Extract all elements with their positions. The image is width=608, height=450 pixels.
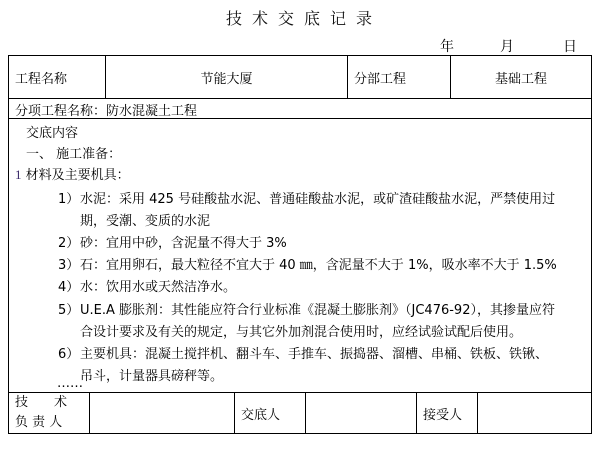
date-year: 年 xyxy=(440,36,454,56)
item-6-line-2: 吊斗，计量器具磅秤等。 xyxy=(80,365,223,384)
subsection-title: 材料及主要机具： xyxy=(26,168,130,183)
tech-lead-label-line2: 负 责 人 xyxy=(15,413,89,433)
subsection-number: 1 xyxy=(15,167,22,182)
item-3-num: 3） xyxy=(58,254,79,273)
item-5-num: 5） xyxy=(58,299,79,318)
tech-lead-label: 技 术 负 责 人 xyxy=(9,393,90,434)
item-4-line-1: 水：饮用水或天然洁净水。 xyxy=(80,276,236,295)
tech-lead-label-line1: 技 术 xyxy=(15,393,89,413)
header-table: 工程名称 节能大厦 分部工程 基础工程 xyxy=(8,55,592,99)
item-6-num: 6） xyxy=(58,343,79,362)
receiver-field[interactable] xyxy=(478,393,592,434)
item-3-line-1: 石：宜用卵石，最大粒径不宜大于 40 ㎜，含泥量不大于 1%，吸水率不大于 1.… xyxy=(80,254,557,273)
content-heading: 交底内容 xyxy=(26,122,78,141)
item-5-line-1: U.E.A 膨胀剂：其性能应符合行业标准《混凝土膨胀剂》（JC476-92），其… xyxy=(80,299,555,318)
ellipsis: …… xyxy=(57,376,83,391)
document-title: 技术交底记录 xyxy=(0,6,608,29)
subitem-label: 分项工程名称： xyxy=(15,100,106,119)
item-1-line-2: 期，受潮、变质的水泥 xyxy=(80,210,210,229)
discloser-label: 交底人 xyxy=(235,393,306,434)
project-value[interactable]: 节能大厦 xyxy=(106,56,348,99)
date-month: 月 xyxy=(500,36,514,56)
item-2-num: 2） xyxy=(58,232,79,251)
item-4-num: 4） xyxy=(58,276,79,295)
project-label: 工程名称 xyxy=(9,56,106,99)
item-2-line-1: 砂：宜用中砂，含泥量不得大于 3% xyxy=(80,232,287,251)
division-value[interactable]: 基础工程 xyxy=(451,56,592,99)
disclosure-content: 交底内容 一、 施工准备： 1 材料及主要机具： 1） 水泥：采用 425 号硅… xyxy=(8,119,592,392)
tech-lead-field[interactable] xyxy=(90,393,235,434)
discloser-field[interactable] xyxy=(306,393,417,434)
item-6-line-1: 主要机具：混凝土搅拌机、翻斗车、手推车、振捣器、溜槽、串桶、铁板、铁锹、 xyxy=(80,343,548,362)
subsection-heading: 1 材料及主要机具： xyxy=(15,164,130,183)
receiver-label: 接受人 xyxy=(417,393,478,434)
signature-table: 技 术 负 责 人 交底人 接受人 xyxy=(8,392,592,434)
date-day: 日 xyxy=(563,36,577,56)
section-heading: 一、 施工准备： xyxy=(26,143,121,162)
subitem-row: 分项工程名称： 防水混凝土工程 xyxy=(8,98,592,119)
item-1-num: 1） xyxy=(58,188,79,207)
division-label: 分部工程 xyxy=(348,56,451,99)
item-1-line-1: 水泥：采用 425 号硅酸盐水泥、普通硅酸盐水泥，或矿渣硅酸盐水泥，严禁使用过 xyxy=(80,188,555,207)
item-5-line-2: 合设计要求及有关的规定，与其它外加剂混合使用时，应经试验试配后使用。 xyxy=(80,321,522,340)
subitem-value[interactable]: 防水混凝土工程 xyxy=(106,100,197,119)
